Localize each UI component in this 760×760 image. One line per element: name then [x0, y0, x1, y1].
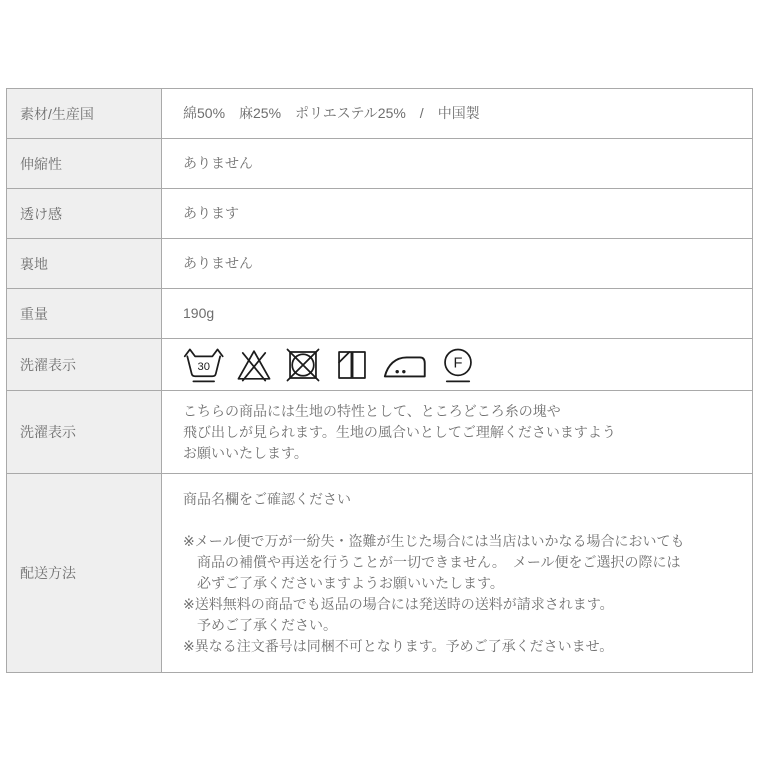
row-label-material: 素材/生産国 [7, 89, 162, 139]
do-not-bleach-icon [235, 346, 273, 384]
spec-row-care-symbols: 洗濯表示 30 [7, 339, 753, 391]
row-value-care-note: こちらの商品には生地の特性として、ところどころ糸の塊や 飛び出しが見られます。生… [183, 403, 616, 461]
product-spec-table: 素材/生産国 綿50% 麻25% ポリエステル25% / 中国製 伸縮性 ありま… [6, 88, 753, 673]
spec-row-weight: 重量 190g [7, 289, 753, 339]
care-symbols-group: 30 [183, 346, 738, 384]
row-value-lining: ありません [183, 255, 253, 271]
spec-row-material: 素材/生産国 綿50% 麻25% ポリエステル25% / 中国製 [7, 89, 753, 139]
row-label-weight: 重量 [7, 289, 162, 339]
spec-row-lining: 裏地 ありません [7, 239, 753, 289]
svg-text:F: F [454, 355, 463, 371]
row-label-stretch: 伸縮性 [7, 139, 162, 189]
wash-30-gentle-icon: 30 [183, 346, 224, 384]
dry-clean-petroleum-gentle-icon: F [439, 346, 477, 384]
row-label-sheerness: 透け感 [7, 189, 162, 239]
row-value-stretch: ありません [183, 155, 253, 171]
spec-row-care-note: 洗濯表示 こちらの商品には生地の特性として、ところどころ糸の塊や 飛び出しが見ら… [7, 391, 753, 474]
row-value-sheerness: あります [183, 205, 239, 221]
row-label-care-note: 洗濯表示 [7, 391, 162, 474]
row-label-care-symbols: 洗濯表示 [7, 339, 162, 391]
do-not-tumble-dry-icon [284, 346, 322, 384]
svg-text:30: 30 [197, 361, 209, 373]
row-label-delivery: 配送方法 [7, 474, 162, 673]
line-dry-in-shade-icon [333, 346, 371, 384]
spec-row-sheerness: 透け感 あります [7, 189, 753, 239]
row-value-delivery: 商品名欄をご確認ください ※メール便で万が一紛失・盗難が生じた場合には当店はいか… [183, 491, 684, 654]
spec-row-stretch: 伸縮性 ありません [7, 139, 753, 189]
spec-row-delivery: 配送方法 商品名欄をご確認ください ※メール便で万が一紛失・盗難が生じた場合には… [7, 474, 753, 673]
row-value-material: 綿50% 麻25% ポリエステル25% / 中国製 [183, 105, 480, 121]
row-value-weight: 190g [183, 305, 214, 321]
row-label-lining: 裏地 [7, 239, 162, 289]
iron-medium-icon [382, 346, 428, 384]
